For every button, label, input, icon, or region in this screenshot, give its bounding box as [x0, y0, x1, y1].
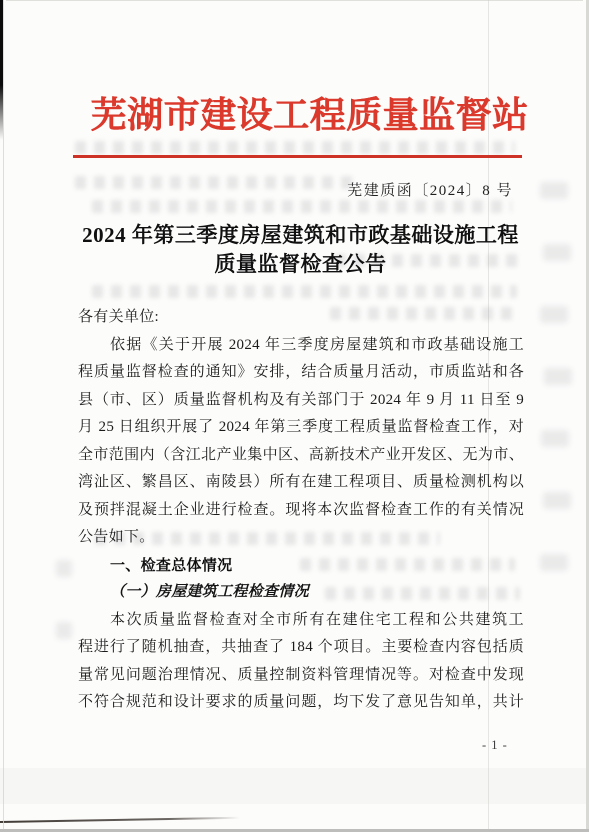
paragraph-line: 不符合规范和设计要求的质量问题，均下发了意见告知单，共计 — [78, 689, 524, 717]
paragraph-line: 县（市、区）质量监督机构及有关部门于 2024 年 9 月 11 日至 9 — [78, 387, 524, 415]
document-number: 芜建质函〔2024〕8 号 — [347, 179, 513, 200]
paragraph-line: 本次质量监督检查对全市所有在建住宅工程和公共建筑工 — [78, 607, 524, 635]
paragraph-line: 及预拌混凝土企业进行检查。现将本次监督检查工作的有关情况 — [78, 497, 524, 525]
scanned-document-page: 芜湖市建设工程质量监督站 芜建质函〔2024〕8 号 2024 年第三季度房屋建… — [0, 0, 589, 832]
paragraph-line: 量常见问题治理情况、质量控制资料管理情况等。对检查中发现 — [78, 662, 524, 690]
paragraph-line: 公告如下。 — [78, 524, 524, 552]
document-title: 2024 年第三季度房屋建筑和市政基础设施工程 质量监督检查公告 — [6, 221, 589, 278]
paragraph-line: 程质量监督检查的通知》安排，结合质量月活动，市质监站和各 — [78, 359, 524, 387]
paragraph-line: 全市范围内（含江北产业集中区、高新技术产业开发区、无为市、 — [78, 442, 524, 470]
section-heading-1: 一、检查总体情况 — [78, 552, 524, 580]
paragraph-line: 湾沚区、繁昌区、南陵县）所有在建工程项目、质量检测机构以 — [78, 469, 524, 497]
paragraph-line: 月 25 日组织开展了 2024 年第三季度工程质量监督检查工作，对 — [78, 414, 524, 442]
salutation: 各有关单位: — [78, 304, 524, 332]
section-heading-2: （一）房屋建筑工程检查情况 — [78, 579, 524, 607]
document-title-line1: 2024 年第三季度房屋建筑和市政基础设施工程 — [6, 221, 589, 250]
page-number: - 1 - — [482, 738, 508, 753]
paragraph-line: 程进行了随机抽查，共抽查了 184 个项目。主要检查内容包括质 — [78, 634, 524, 662]
letterhead-rule — [73, 155, 522, 158]
document-content: 芜湖市建设工程质量监督站 芜建质函〔2024〕8 号 2024 年第三季度房屋建… — [0, 0, 589, 832]
document-body: 各有关单位: 依据《关于开展 2024 年三季度房屋建筑和市政基础设施工 程质量… — [78, 304, 524, 717]
document-title-line2: 质量监督检查公告 — [6, 250, 589, 279]
paragraph-line: 依据《关于开展 2024 年三季度房屋建筑和市政基础设施工 — [78, 332, 524, 360]
letterhead-title: 芜湖市建设工程质量监督站 — [15, 90, 589, 140]
